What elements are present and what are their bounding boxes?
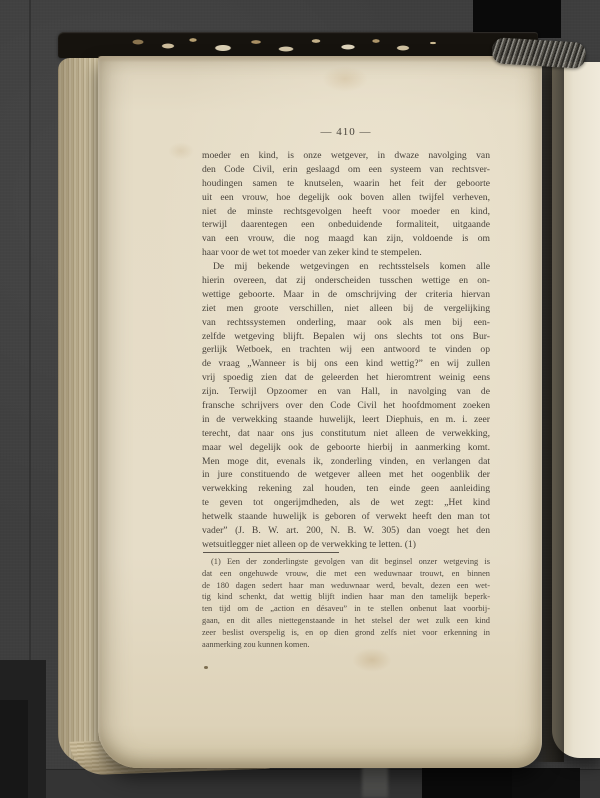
text-line: niet de minste rechtsgevolgen heeft voor… — [202, 205, 490, 219]
page-number: — 410 — — [202, 126, 490, 138]
book-scan-photo: — 410 — moeder en kind, is onze wetgever… — [0, 0, 600, 798]
text-line: maar wel degelijk ook de geboorte hierbi… — [202, 441, 490, 455]
text-line: ten tijd om de „action en désaveu” in te… — [202, 603, 490, 615]
text-line: moeder en kind, is onze wetgever, in dwa… — [202, 149, 490, 163]
text-line: uit een vrouw, hoe degelijk ook boven al… — [202, 191, 490, 205]
text-line: wettige geboorte. Maar in de omschrijvin… — [202, 288, 490, 302]
text-line: vader” (J. B. W. art. 200, N. B. W. 305)… — [202, 524, 490, 538]
text-line: terwijl daarentegen een onbeduidende for… — [202, 218, 490, 232]
text-line: te geven tot ongerijmdheden, als de wet … — [202, 496, 490, 510]
text-line: van rechtssystemen onderling, maar ook a… — [202, 316, 490, 330]
text-line: zeer beslist overspelig is, en op dien g… — [202, 627, 490, 639]
footnote-separator — [203, 552, 339, 553]
text-line: fransche schrijvers over den Code Civil … — [202, 399, 490, 413]
text-line: wetsuitlegger niet alleen op de verwekki… — [202, 538, 490, 552]
text-line: haar voor de wet tot moeder van zeker ki… — [202, 246, 490, 260]
text-line: vrij spoedig zien dat de geleerden het h… — [202, 371, 490, 385]
background-black-rect — [512, 768, 580, 798]
paragraph: De mij bekende wetgevingen en rechtsstel… — [202, 260, 490, 552]
text-line: terecht, dat naar ons jus constitutum ni… — [202, 427, 490, 441]
text-line: aanmerking zou kunnen komen. — [202, 639, 490, 651]
text-line: de vraag „Wanneer is bij ons een kind we… — [202, 357, 490, 371]
text-column: — 410 — moeder en kind, is onze wetgever… — [202, 0, 490, 798]
text-line: houdingen samen te knutselen, waarin het… — [202, 177, 490, 191]
text-line: (1) Een der zonderlingste gevolgen van d… — [202, 556, 490, 568]
text-line: hierin overeen, dat zij onderscheiden tu… — [202, 274, 490, 288]
text-line: De mij bekende wetgevingen en rechtsstel… — [202, 260, 490, 274]
text-line: gerlijk Wetboek, en trachten wij een ant… — [202, 343, 490, 357]
text-line: gaan, en dit alles niettegenstaande in h… — [202, 615, 490, 627]
text-line: in de verwekking staande huwelijk, leert… — [202, 413, 490, 427]
footnote: (1) Een der zonderlingste gevolgen van d… — [202, 556, 490, 650]
text-line: hetwelk staande huwelijk is geboren of v… — [202, 510, 490, 524]
background-black-block-core — [0, 700, 28, 798]
paper-stain — [168, 142, 194, 160]
text-line: in jure constituendo de wetgever alleen … — [202, 468, 490, 482]
text-line: de 180 dagen sedert haar man weduwnaar w… — [202, 580, 490, 592]
text-line: tig kind schenkt, dat wettig blijft indi… — [202, 591, 490, 603]
text-line: dat een ongehuwde vrouw, die met een wed… — [202, 568, 490, 580]
text-line: verwekking rekening zal houden, ten eind… — [202, 482, 490, 496]
paragraph: moeder en kind, is onze wetgever, in dwa… — [202, 149, 490, 260]
text-line: den Code Civil, erin geslaagd om een sys… — [202, 163, 490, 177]
text-line: van een vrouw, die nog maagd kan zijn, v… — [202, 232, 490, 246]
text-line: zelfde wetgeving blijft. Bepalen wij ons… — [202, 330, 490, 344]
text-line: zijn. Terwijl Opzoomer en van Hall, in n… — [202, 385, 490, 399]
text-line: ziet men groote verschillen, niet alleen… — [202, 302, 490, 316]
body-text: moeder en kind, is onze wetgever, in dwa… — [202, 149, 490, 552]
text-line: Men moge dit, evenals ik, zonderling vin… — [202, 455, 490, 469]
